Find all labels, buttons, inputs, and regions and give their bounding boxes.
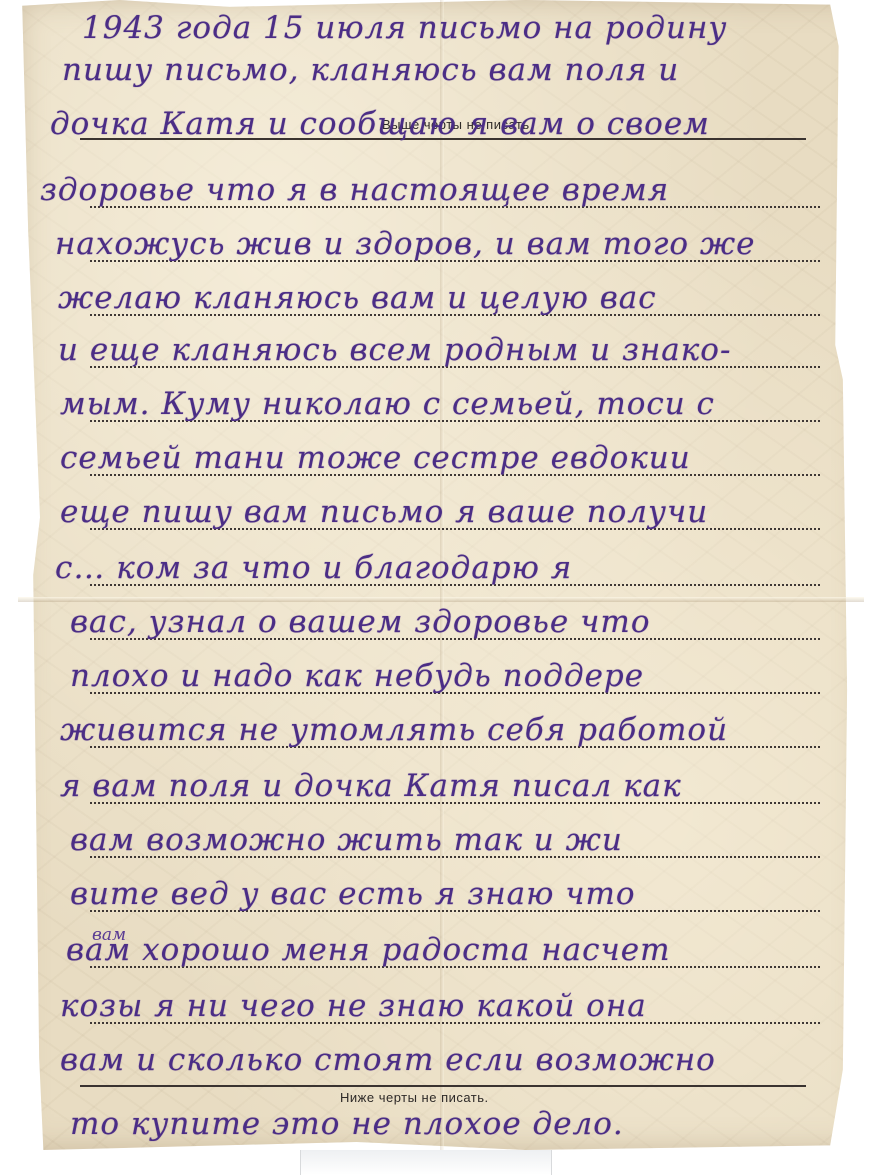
letter-line-21: то купите это не плохое дело.	[60, 1096, 820, 1150]
letter-line-18: вам хорошо меня радоста насчет	[60, 922, 820, 976]
letter-line-12: вас, узнал о вашем здоровье что	[60, 594, 820, 648]
letter-line-11: с… ком за что и благодарю я	[60, 540, 820, 594]
letter-line-text: вам хорошо меня радоста насчет	[66, 932, 670, 968]
letter-line-20: вам и сколько стоят если возможно	[60, 1032, 820, 1086]
letter-line-text: здоровье что я в настоящее время	[40, 172, 669, 208]
letter-line-10: еще пишу вам письмо я ваше получи	[60, 484, 820, 538]
letter-line-6: желаю кланяюсь вам и целую вас	[60, 270, 820, 324]
letter-line-text: дочка Катя и сообщаю я вам о своем	[50, 106, 710, 142]
letter-line-text: то купите это не плохое дело.	[70, 1106, 624, 1142]
letter-line-14: живится не утомлять себя работой	[60, 702, 820, 756]
letter-line-text: с… ком за что и благодарю я	[55, 550, 572, 586]
letter-line-15: я вам поля и дочка Катя писал как	[60, 758, 820, 812]
letter-line-text: вас, узнал о вашем здоровье что	[70, 604, 650, 640]
letter-line-text: еще пишу вам письмо я ваше получи	[60, 494, 708, 530]
letter-line-text: живится не утомлять себя работой	[60, 712, 728, 748]
letter-line-text: пишу письмо, кланяюсь вам поля и	[62, 52, 679, 88]
letter-line-text: плохо и надо как небудь поддере	[70, 658, 644, 694]
letter-line-text: желаю кланяюсь вам и целую вас	[58, 280, 657, 316]
letter-line-text: мым. Куму николаю с семьей, тоси с	[60, 386, 715, 422]
letter-line-text: 1943 года 15 июля письмо на родину	[82, 10, 727, 46]
bottom-boundary-rule	[80, 1085, 806, 1087]
display-stand	[300, 1150, 552, 1175]
letter-line-4: здоровье что я в настоящее время	[60, 162, 820, 216]
letter-line-5: нахожусь жив и здоров, и вам того же	[60, 216, 820, 270]
letter-line-text: вите вед у вас есть я знаю что	[70, 876, 636, 912]
letter-line-7: и еще кланяюсь всем родным и знако-	[60, 322, 820, 376]
letter-line-13: плохо и надо как небудь поддере	[60, 648, 820, 702]
letter-line-text: вам возможно жить так и жи	[70, 822, 623, 858]
letter-line-19: козы я ни чего не знаю какой она	[60, 978, 820, 1032]
letter-line-text: я вам поля и дочка Катя писал как	[60, 768, 682, 804]
letter-line-17: вите вед у вас есть я знаю что	[60, 866, 820, 920]
letter-line-9: семьей тани тоже сестре евдокии	[60, 430, 820, 484]
letter-line-text: вам и сколько стоят если возможно	[60, 1042, 716, 1078]
letter-line-3: дочка Катя и сообщаю я вам о своем	[60, 96, 820, 150]
letter-line-16: вам возможно жить так и жи	[60, 812, 820, 866]
letter-line-8: мым. Куму николаю с семьей, тоси с	[60, 376, 820, 430]
letter-line-text: козы я ни чего не знаю какой она	[60, 988, 647, 1024]
letter-line-text: нахожусь жив и здоров, и вам того же	[55, 226, 756, 262]
letter-line-text: и еще кланяюсь всем родным и знако-	[58, 332, 731, 368]
letter-line-2: пишу письмо, кланяюсь вам поля и	[60, 42, 820, 96]
letter-line-text: семьей тани тоже сестре евдокии	[60, 440, 691, 476]
